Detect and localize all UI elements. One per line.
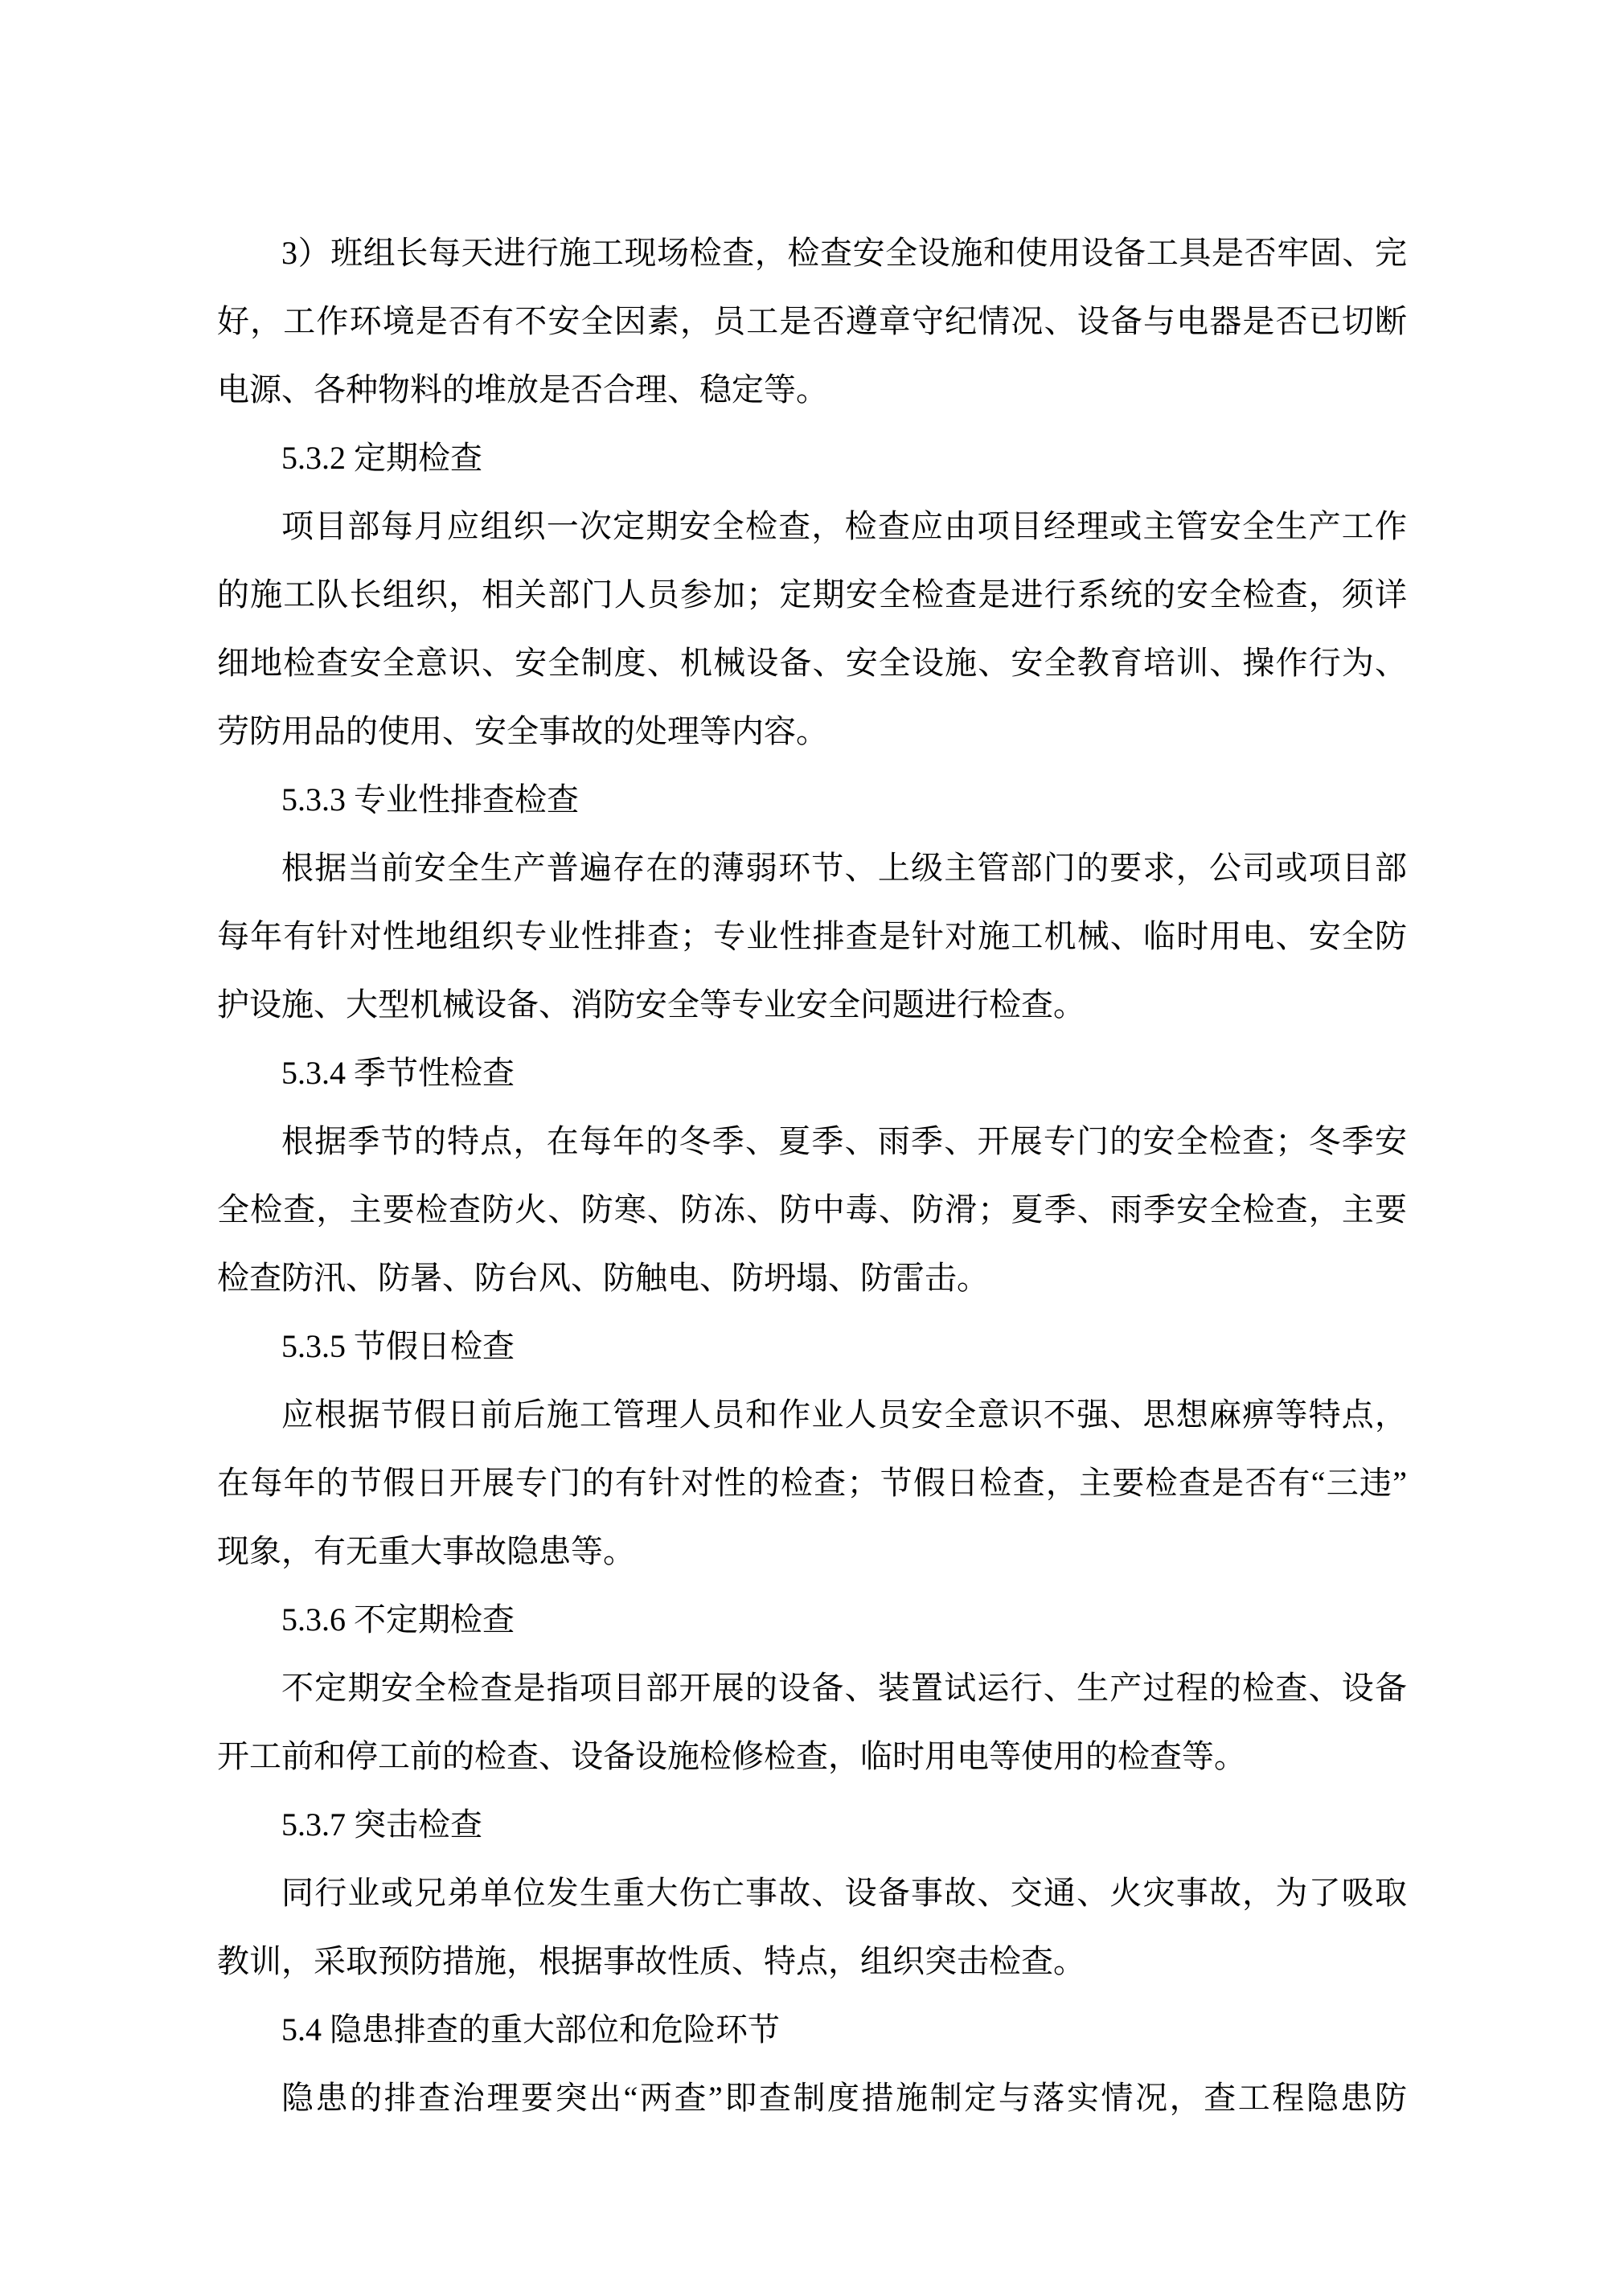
section-heading-5-3-7: 5.3.7 突击检查	[217, 1790, 1407, 1859]
paragraph-surprise-check: 同行业或兄弟单位发生重大伤亡事故、设备事故、交通、火灾事故，为了吸取教训，采取预…	[217, 1859, 1407, 1995]
text-line: 项目部每月应组织一次定期安全检查，检查应由项目经理或主管安全生产工作	[217, 492, 1407, 560]
text-line: 5.3.5 节假日检查	[217, 1312, 1407, 1380]
text-line: 5.3.2 定期检查	[217, 424, 1407, 492]
text-line: 5.3.4 季节性检查	[217, 1039, 1407, 1107]
text-line: 教训，采取预防措施，根据事故性质、特点，组织突击检查。	[217, 1927, 1407, 1995]
paragraph-irregular-check: 不定期安全检查是指项目部开展的设备、装置试运行、生产过程的检查、设备开工前和停工…	[217, 1654, 1407, 1790]
text-line: 3）班组长每天进行施工现场检查，检查安全设施和使用设备工具是否牢固、完	[217, 219, 1407, 287]
text-line: 现象，有无重大事故隐患等。	[217, 1517, 1407, 1585]
section-heading-5-3-4: 5.3.4 季节性检查	[217, 1039, 1407, 1107]
text-line: 5.3.3 专业性排查检查	[217, 765, 1407, 834]
section-heading-5-3-2: 5.3.2 定期检查	[217, 424, 1407, 492]
paragraph-item-3-daily-team-leader-check: 3）班组长每天进行施工现场检查，检查安全设施和使用设备工具是否牢固、完好，工作环…	[217, 219, 1407, 424]
text-line: 劳防用品的使用、安全事故的处理等内容。	[217, 697, 1407, 765]
text-line: 每年有针对性地组织专业性排查；专业性排查是针对施工机械、临时用电、安全防	[217, 902, 1407, 970]
section-heading-5-3-3: 5.3.3 专业性排查检查	[217, 765, 1407, 834]
text-line: 好，工作环境是否有不安全因素，员工是否遵章守纪情况、设备与电器是否已切断	[217, 287, 1407, 355]
paragraph-holiday-check: 应根据节假日前后施工管理人员和作业人员安全意识不强、思想麻痹等特点，在每年的节假…	[217, 1380, 1407, 1585]
paragraph-seasonal-check: 根据季节的特点，在每年的冬季、夏季、雨季、开展专门的安全检查；冬季安全检查，主要…	[217, 1107, 1407, 1312]
text-line: 5.4 隐患排查的重大部位和危险环节	[217, 1995, 1407, 2064]
text-line: 应根据节假日前后施工管理人员和作业人员安全意识不强、思想麻痹等特点，	[217, 1380, 1407, 1449]
paragraph-professional-check: 根据当前安全生产普遍存在的薄弱环节、上级主管部门的要求，公司或项目部每年有针对性…	[217, 834, 1407, 1039]
section-heading-5-3-6: 5.3.6 不定期检查	[217, 1585, 1407, 1654]
text-line: 的施工队长组织，相关部门人员参加；定期安全检查是进行系统的安全检查，须详	[217, 560, 1407, 629]
text-line: 电源、各种物料的堆放是否合理、稳定等。	[217, 355, 1407, 424]
paragraph-periodic-check: 项目部每月应组织一次定期安全检查，检查应由项目经理或主管安全生产工作的施工队长组…	[217, 492, 1407, 765]
text-line: 细地检查安全意识、安全制度、机械设备、安全设施、安全教育培训、操作行为、	[217, 629, 1407, 697]
text-line: 根据季节的特点，在每年的冬季、夏季、雨季、开展专门的安全检查；冬季安	[217, 1107, 1407, 1175]
text-line: 5.3.7 突击检查	[217, 1790, 1407, 1859]
text-line: 检查防汛、防暑、防台风、防触电、防坍塌、防雷击。	[217, 1244, 1407, 1312]
paragraph-hidden-danger-two-checks: 隐患的排查治理要突出“两查”即查制度措施制定与落实情况，查工程隐患防	[217, 2064, 1407, 2132]
text-line: 开工前和停工前的检查、设备设施检修检查，临时用电等使用的检查等。	[217, 1722, 1407, 1790]
text-line: 5.3.6 不定期检查	[217, 1585, 1407, 1654]
text-line: 同行业或兄弟单位发生重大伤亡事故、设备事故、交通、火灾事故，为了吸取	[217, 1859, 1407, 1927]
text-line: 全检查，主要检查防火、防寒、防冻、防中毒、防滑；夏季、雨季安全检查，主要	[217, 1175, 1407, 1244]
text-line: 在每年的节假日开展专门的有针对性的检查；节假日检查，主要检查是否有“三违”	[217, 1449, 1407, 1517]
document-body: 3）班组长每天进行施工现场检查，检查安全设施和使用设备工具是否牢固、完好，工作环…	[217, 219, 1407, 2132]
text-line: 隐患的排查治理要突出“两查”即查制度措施制定与落实情况，查工程隐患防	[217, 2064, 1407, 2132]
section-heading-5-3-5: 5.3.5 节假日检查	[217, 1312, 1407, 1380]
section-heading-5-4: 5.4 隐患排查的重大部位和危险环节	[217, 1995, 1407, 2064]
text-line: 根据当前安全生产普遍存在的薄弱环节、上级主管部门的要求，公司或项目部	[217, 834, 1407, 902]
text-line: 不定期安全检查是指项目部开展的设备、装置试运行、生产过程的检查、设备	[217, 1654, 1407, 1722]
text-line: 护设施、大型机械设备、消防安全等专业安全问题进行检查。	[217, 970, 1407, 1039]
document-page: 3）班组长每天进行施工现场检查，检查安全设施和使用设备工具是否牢固、完好，工作环…	[0, 0, 1624, 2296]
